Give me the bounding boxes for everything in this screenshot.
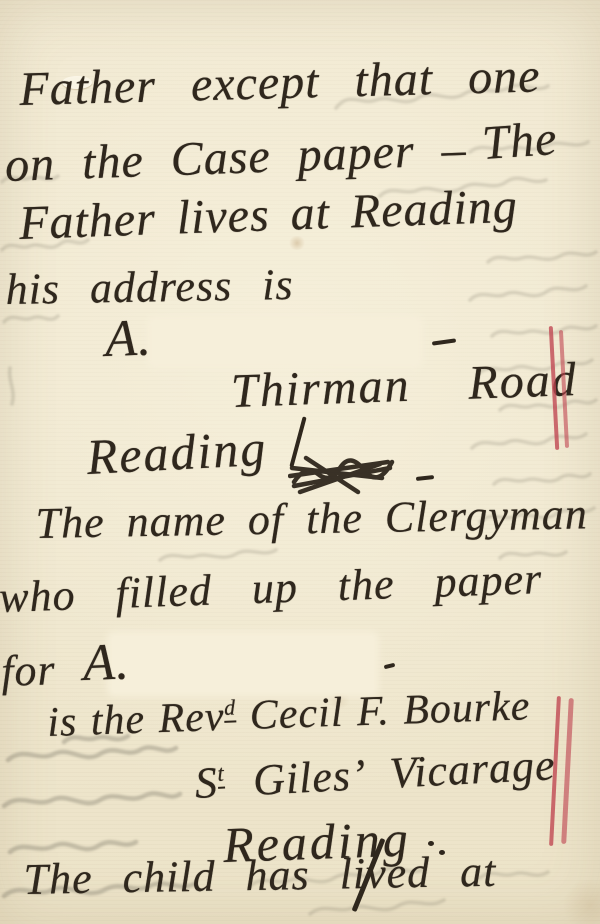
redaction-patch-2	[112, 636, 374, 692]
letter-line-7-reading: Reading	[85, 423, 268, 482]
letter-line-10-initial: A.	[82, 636, 131, 690]
letter-line-5-initial: A.	[104, 312, 153, 366]
ink-dot	[439, 850, 445, 855]
letter-line-6-street: Thirman Road	[230, 356, 578, 416]
letter-line-10-for: for	[0, 648, 56, 694]
letter-line-14: The child has lived at	[23, 850, 497, 902]
letter-line-8: The name of the Clergyman	[35, 492, 588, 546]
letter-line-2-right: The	[481, 115, 559, 168]
st-prefix: S	[194, 758, 220, 808]
letter-line-4: his address is	[5, 263, 294, 312]
letter-page: Father except that one on the Case paper…	[0, 0, 600, 924]
rev-prefix: is the Rev	[46, 694, 225, 746]
ink-dot	[428, 841, 434, 846]
scribbled-out-word	[288, 448, 400, 500]
redaction-patch-1	[152, 320, 418, 364]
